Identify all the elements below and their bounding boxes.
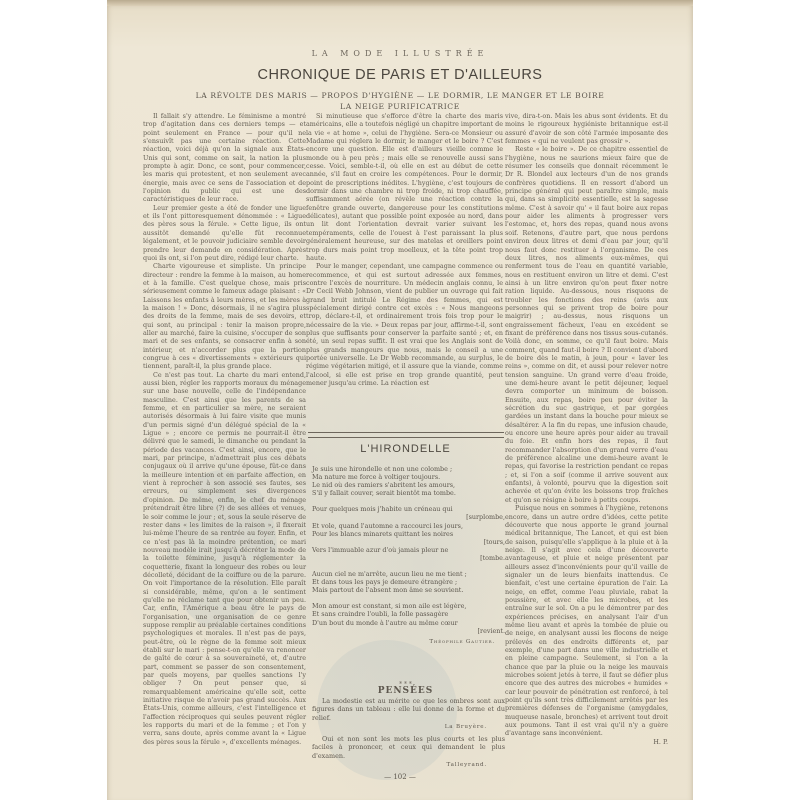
- poem-line: Pour quelques mois j'habite un créneau q…: [312, 505, 505, 513]
- magazine-page: LA MODE ILLUSTRÉE CHRONIQUE DE PARIS ET …: [107, 0, 693, 800]
- quote-author: La Bruyère.: [312, 723, 487, 731]
- paragraph: Charte vigoureuse et simpliste. Un princ…: [143, 262, 306, 370]
- paragraph: Reste « le boire ». De ce chapitre essen…: [505, 145, 668, 504]
- poem-line: D'un bout du monde à l'autre au même cœu…: [312, 619, 505, 627]
- poem-line-continuation: [revient.: [312, 627, 505, 635]
- paragraph: vive, dira-t-on. Mais les abus sont évid…: [505, 112, 668, 145]
- paragraph: Leur premier geste a été de fonder une l…: [143, 204, 306, 262]
- subtitle-line-2: LA NEIGE PURIFICATRICE: [107, 101, 693, 112]
- poem-line: Et vole, quand l'automne a raccourci les…: [312, 522, 505, 530]
- column-1-article: Il fallait s'y attendre. Le féminisme a …: [143, 112, 306, 746]
- page-torn-edge: [107, 0, 693, 6]
- poem-line-continuation: [tours,: [312, 538, 505, 546]
- poem-stanza: Mon amour est constant, si mon aile est …: [312, 602, 505, 634]
- page-number: — 102 —: [107, 773, 693, 781]
- poem-line: Mais partout de l'absent mon âme se souv…: [312, 586, 505, 594]
- article-signature: H. P.: [505, 738, 668, 746]
- poem-line-continuation: [tombe.: [312, 554, 505, 562]
- poem-author: Théophile Gautier.: [312, 638, 495, 646]
- poem-line: Ma nature me force à voltiger toujours.: [312, 473, 505, 481]
- poem-line-continuation: [surplombe,: [312, 513, 505, 521]
- paragraph: Ce n'est pas tout. La charte du mari ent…: [143, 371, 306, 746]
- quote-author: Talleyrand.: [312, 761, 487, 769]
- poem-line: Mon amour est constant, si mon aile est …: [312, 602, 505, 610]
- poem-line: Aucun ciel ne m'arrête, aucun lieu ne me…: [312, 570, 505, 578]
- column-3-article: vive, dira-t-on. Mais les abus sont évid…: [505, 112, 668, 746]
- poem: Je suis une hirondelle et non une colomb…: [312, 465, 505, 646]
- masthead: LA MODE ILLUSTRÉE: [107, 49, 693, 58]
- poem-line: Je suis une hirondelle et non une colomb…: [312, 465, 505, 473]
- quote-text: La modestie est au mérite ce que les omb…: [312, 697, 505, 722]
- poem-line: Vers l'immuable azur d'où jamais pleur n…: [312, 546, 505, 554]
- poem-line: Le nid où des ramiers s'abritent les amo…: [312, 481, 505, 489]
- paragraph: Il fallait s'y attendre. Le féminisme a …: [143, 112, 306, 204]
- poem-line: Pour les blancs minarets quittant les no…: [312, 530, 505, 538]
- poem-title: L'HIRONDELLE: [306, 443, 505, 455]
- double-rule-divider: [308, 432, 504, 438]
- page-title: CHRONIQUE DE PARIS ET D'AILLEURS: [107, 67, 693, 83]
- poem-line: Et sans craindre l'oubli, la folle passa…: [312, 610, 505, 618]
- poem-line: S'il y fallait couver, serait bientôt ma…: [312, 489, 505, 497]
- paragraph: Pour le manger, cependant, une campagne …: [306, 262, 503, 387]
- column-2-article: Si minutieuse que s'efforce d'être la ch…: [306, 112, 503, 387]
- poem-stanza: Pour quelques mois j'habite un créneau q…: [312, 505, 505, 562]
- poem-stanza: Je suis une hirondelle et non une colomb…: [312, 465, 505, 497]
- quote-text: Oui et non sont les mots les plus courts…: [312, 735, 505, 760]
- pensees-title: PENSÉES: [306, 686, 505, 696]
- subtitle-line-1: LA RÉVOLTE DES MARIS — PROPOS D'HYGIÈNE …: [107, 90, 693, 101]
- poem-stanza: Aucun ciel ne m'arrête, aucun lieu ne me…: [312, 570, 505, 594]
- paragraph: Si minutieuse que s'efforce d'être la ch…: [306, 112, 503, 262]
- paragraph: Puisque nous en sommes à l'hygiène, rete…: [505, 504, 668, 738]
- subtitle: LA RÉVOLTE DES MARIS — PROPOS D'HYGIÈNE …: [107, 90, 693, 112]
- pensees-section: La modestie est au mérite ce que les omb…: [312, 697, 505, 773]
- poem-line: Et dans tous les pays je demeure étrangè…: [312, 578, 505, 586]
